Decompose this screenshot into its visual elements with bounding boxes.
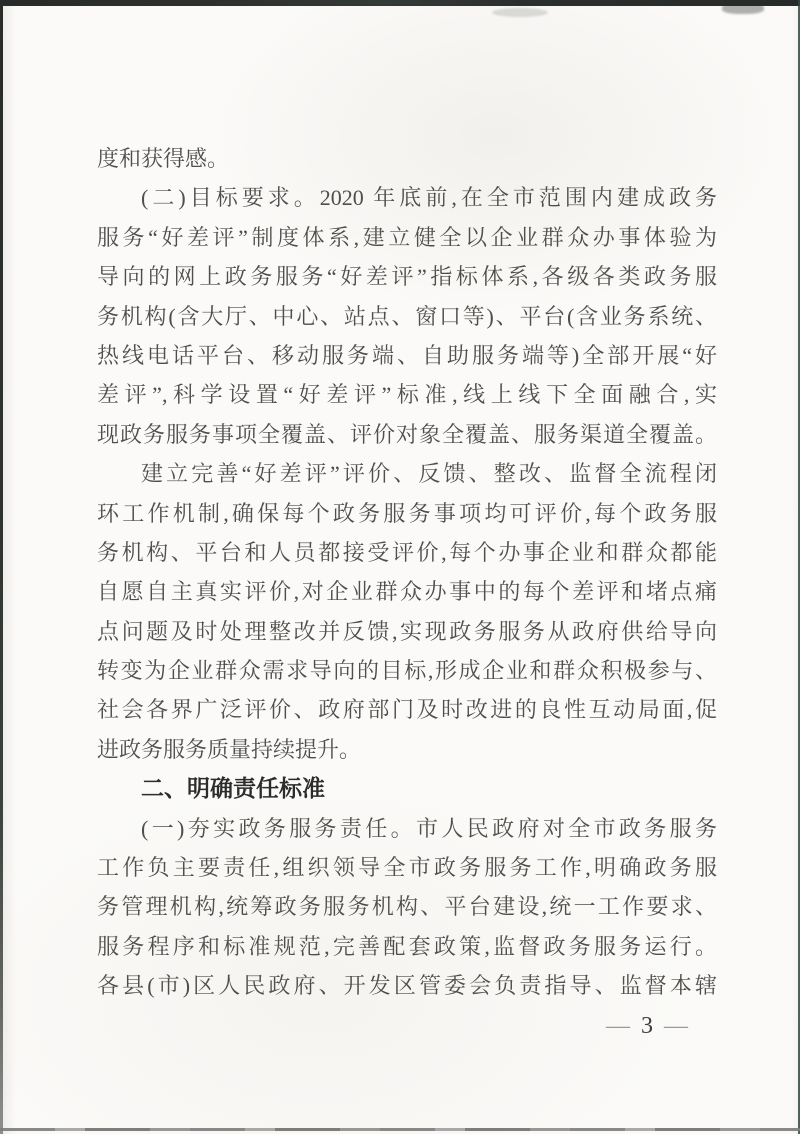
text-line: 热线电话平台、移动服务端、自助服务端等)全部开展“好 (97, 336, 717, 375)
text-line: (二)目标要求。2020 年底前,在全市范围内建成政务 (97, 178, 717, 217)
page-number-value: 3 (641, 1011, 653, 1041)
text-line: 进政务服务质量持续提升。 (97, 730, 717, 769)
text-line: 差评”,科学设置“好差评”标准,线上线下全面融合,实 (97, 375, 717, 414)
text-line: 导向的网上政务服务“好差评”指标体系,各级各类政务服 (97, 257, 717, 296)
text-line: 务机构、平台和人员都接受评价,每个办事企业和群众都能 (97, 533, 717, 572)
text-line: 服务“好差评”制度体系,建立健全以企业群众办事体验为 (97, 218, 717, 257)
text-line: 各县(市)区人民政府、开发区管委会负责指导、监督本辖 (97, 966, 717, 1005)
text-line: 度和获得感。 (97, 139, 717, 178)
scanned-page: 度和获得感。(二)目标要求。2020 年底前,在全市范围内建成政务服务“好差评”… (0, 0, 800, 1134)
text-line: 服务程序和标准规范,完善配套政策,监督政务服务运行。 (97, 927, 717, 966)
text-line: 务管理机构,统筹政务服务机构、平台建设,统一工作要求、 (97, 887, 717, 926)
text-line: 环工作机制,确保每个政务服务事项均可评价,每个政务服 (97, 494, 717, 533)
text-line: (一)夯实政务服务责任。市人民政府对全市政务服务 (97, 809, 717, 848)
scan-edge-left (0, 0, 3, 1134)
text-line: 自愿自主真实评价,对企业群众办事中的每个差评和堵点痛 (97, 572, 717, 611)
text-line: 转变为企业群众需求导向的目标,形成企业和群众积极参与、 (97, 651, 717, 690)
page-number: — 3 — (606, 1011, 688, 1041)
scan-edge-bottom (0, 1128, 800, 1131)
text-line: 工作负主要责任,组织领导全市政务服务工作,明确政务服 (97, 848, 717, 887)
section-heading: 二、明确责任标准 (97, 769, 717, 808)
scan-edge-top (0, 0, 800, 6)
text-line: 社会各界广泛评价、政府部门及时改进的良性互动局面,促 (97, 690, 717, 729)
text-line: 建立完善“好差评”评价、反馈、整改、监督全流程闭 (97, 454, 717, 493)
text-line: 务机构(含大厅、中心、站点、窗口等)、平台(含业务系统、 (97, 297, 717, 336)
text-line: 点问题及时处理整改并反馈,实现政务服务从政府供给导向 (97, 612, 717, 651)
page-number-dash-left: — (606, 1011, 630, 1041)
scan-smudge (492, 8, 548, 17)
document-text: 度和获得感。(二)目标要求。2020 年底前,在全市范围内建成政务服务“好差评”… (97, 139, 717, 1006)
page-number-dash-right: — (664, 1011, 688, 1041)
text-line: 现政务服务事项全覆盖、评价对象全覆盖、服务渠道全覆盖。 (97, 415, 717, 454)
